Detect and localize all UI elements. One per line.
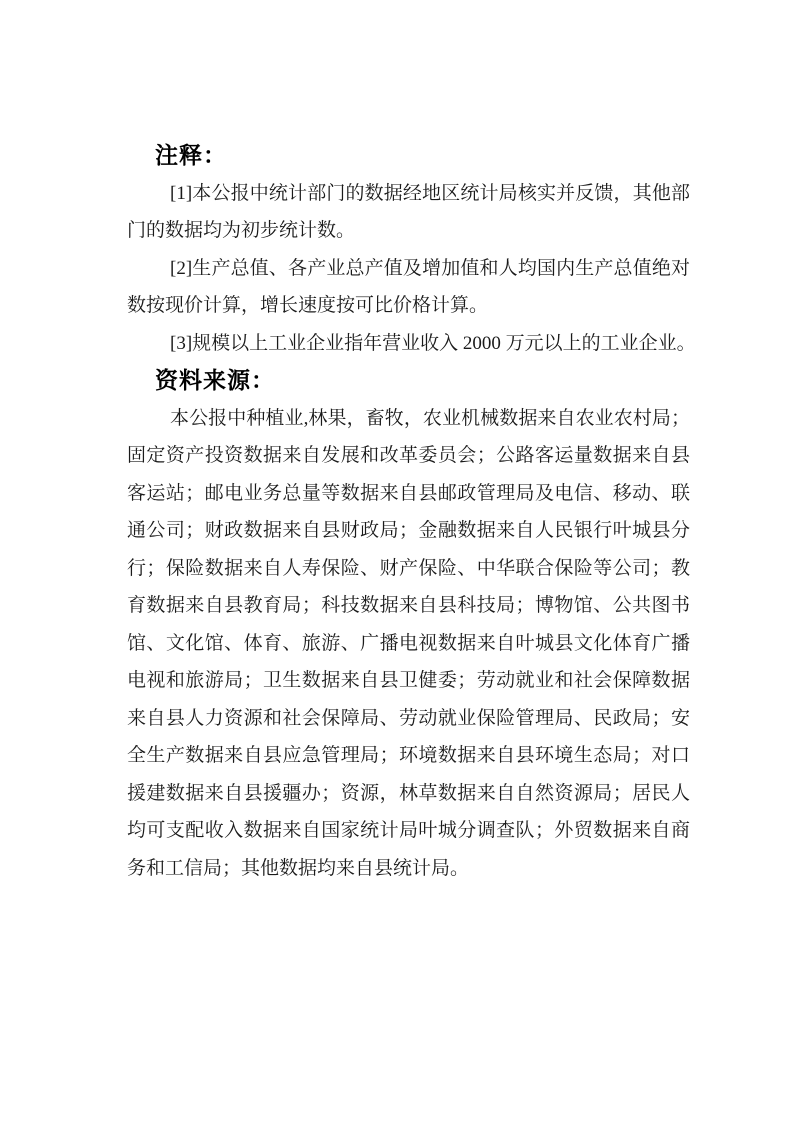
- sources-line: 固定资产投资数据来自发展和改革委员会；公路客运量数据来自县: [127, 437, 690, 475]
- note-1-line-1: [1]本公报中统计部门的数据经地区统计局核实并反馈，其他部: [127, 175, 690, 213]
- sources-line: 行；保险数据来自人寿保险、财产保险、中华联合保险等公司；教: [127, 550, 690, 588]
- document-page: 注释： [1]本公报中统计部门的数据经地区统计局核实并反馈，其他部 门的数据均为…: [0, 0, 793, 1122]
- sources-line: 来自县人力资源和社会保障局、劳动就业保险管理局、民政局；安: [127, 700, 690, 738]
- note-2-line-1: [2]生产总值、各产业总产值及增加值和人均国内生产总值绝对: [127, 250, 690, 288]
- sources-line: 本公报中种植业,林果，畜牧，农业机械数据来自农业农村局；: [127, 400, 690, 438]
- sources-line: 全生产数据来自县应急管理局；环境数据来自县环境生态局；对口: [127, 737, 690, 775]
- sources-line: 电视和旅游局；卫生数据来自县卫健委；劳动就业和社会保障数据: [127, 662, 690, 700]
- sources-line: 务和工信局；其他数据均来自县统计局。: [127, 850, 690, 888]
- sources-line: 育数据来自县教育局；科技数据来自县科技局；博物馆、公共图书: [127, 587, 690, 625]
- notes-heading: 注释：: [127, 137, 690, 175]
- sources-line: 通公司；财政数据来自县财政局；金融数据来自人民银行叶城县分: [127, 512, 690, 550]
- sources-line: 馆、文化馆、体育、旅游、广播电视数据来自叶城县文化体育广播: [127, 625, 690, 663]
- sources-line: 客运站；邮电业务总量等数据来自县邮政管理局及电信、移动、联: [127, 475, 690, 513]
- sources-line: 均可支配收入数据来自国家统计局叶城分调查队；外贸数据来自商: [127, 812, 690, 850]
- note-3-line-1: [3]规模以上工业企业指年营业收入 2000 万元以上的工业企业。: [127, 325, 690, 363]
- sources-heading: 资料来源：: [127, 362, 690, 400]
- document-content: 注释： [1]本公报中统计部门的数据经地区统计局核实并反馈，其他部 门的数据均为…: [127, 137, 690, 887]
- note-1-line-2: 门的数据均为初步统计数。: [127, 212, 690, 250]
- note-2-line-2: 数按现价计算，增长速度按可比价格计算。: [127, 287, 690, 325]
- sources-line: 援建数据来自县援疆办；资源，林草数据来自自然资源局；居民人: [127, 775, 690, 813]
